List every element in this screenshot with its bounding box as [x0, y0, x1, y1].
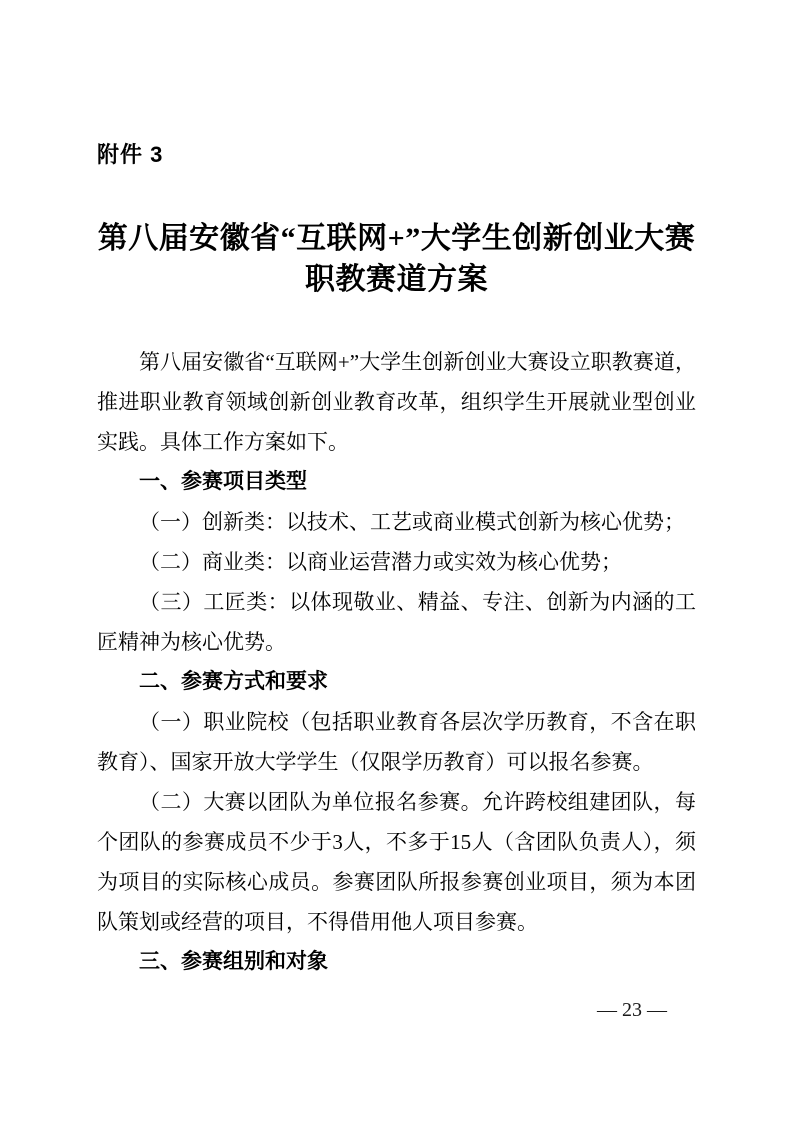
section-1-item-1: （一）创新类：以技术、工艺或商业模式创新为核心优势；: [97, 502, 696, 542]
page-number: — 23 —: [597, 996, 667, 1024]
section-2-item-1: （一）职业院校（包括职业教育各层次学历教育，不含在职教育）、国家开放大学学生（仅…: [97, 702, 696, 782]
document-title-line-2: 职教赛道方案: [97, 259, 696, 300]
document-title: 第八届安徽省“互联网+”大学生创新创业大赛 职教赛道方案: [97, 218, 696, 300]
document-body: 第八届安徽省“互联网+”大学生创新创业大赛设立职教赛道，推进职业教育领域创新创业…: [97, 342, 696, 982]
section-1-heading: 一、参赛项目类型: [97, 462, 696, 502]
section-2-heading: 二、参赛方式和要求: [97, 662, 696, 702]
attachment-label: 附件 3: [97, 142, 163, 168]
section-1-item-2: （二）商业类：以商业运营潜力或实效为核心优势；: [97, 542, 696, 582]
section-2-item-2: （二）大赛以团队为单位报名参赛。允许跨校组建团队，每个团队的参赛成员不少于3人，…: [97, 782, 696, 942]
intro-paragraph: 第八届安徽省“互联网+”大学生创新创业大赛设立职教赛道，推进职业教育领域创新创业…: [97, 342, 696, 462]
section-3-heading: 三、参赛组别和对象: [97, 942, 696, 982]
document-page: 附件 3 第八届安徽省“互联网+”大学生创新创业大赛 职教赛道方案 第八届安徽省…: [0, 0, 793, 1122]
section-1-item-3: （三）工匠类：以体现敬业、精益、专注、创新为内涵的工匠精神为核心优势。: [97, 582, 696, 662]
document-title-line-1: 第八届安徽省“互联网+”大学生创新创业大赛: [97, 218, 696, 259]
